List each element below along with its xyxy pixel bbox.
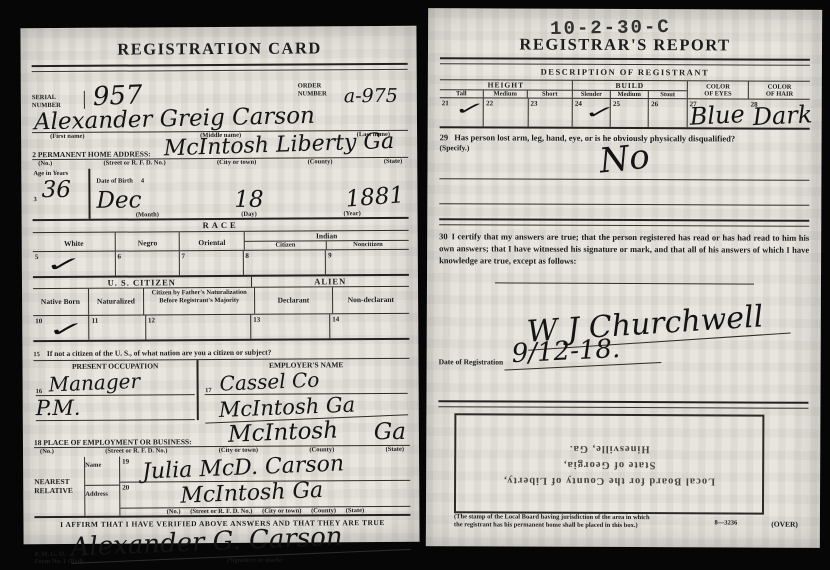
q15-text: If not a citizen of the U. S., of what n… [44,348,272,358]
sublabel-street: (Street or R. F. D. No.) [105,447,167,455]
checkmark-icon: ✓ [43,253,84,273]
occupation-employer-row: PRESENT OCCUPATION 16 Manager P.M. EMPLO… [33,359,409,421]
q30-text: I certify that my answers are true; that… [439,231,809,265]
q29-number: 29 [440,132,449,142]
col-declarant: Declarant [255,287,333,313]
relative-name-label: Name [85,456,119,486]
date-of-registration-label: Date of Registration [439,358,504,367]
race-cell-white: 5 ✓ [33,251,116,276]
race-cell-indian-noncitizen: 9 [326,249,409,274]
hair-color-value: Dark [752,100,813,131]
race-section: RACE White Negro Oriental Indian Citizen… [33,219,409,277]
employer-value: Cassel Co [211,368,320,396]
rule [439,218,809,227]
name-row: Alexander Greig Carson [32,104,408,133]
description-table: HEIGHT Tall Medium Short BUILD Slender M… [440,80,810,130]
date-stamp-code: 10-2-30-C [550,16,671,40]
affirmation-section: I AFFIRM THAT I HAVE VERIFIED ABOVE ANSW… [34,518,410,566]
checkmark-icon: ✓ [452,101,487,118]
q29-section: 29 Has person lost arm, leg, hand, eye, … [439,132,809,180]
race-cell-oriental: 7 [179,250,243,274]
occupation-value: Manager [42,369,140,397]
over-label: (OVER) [771,520,798,529]
sublabel-no: (No.) [38,160,52,168]
dob-cell: Date of Birth 4 Dec 18 1881 (Month) (Day… [90,167,408,219]
relative-values: 19 Julia McD. Carson 20 McIntosh Ga (No.… [120,454,410,515]
citizen-column-headers: Native Born Naturalized Citizen by Fathe… [33,287,409,316]
race-cell-indian-citizen: 8 [243,250,326,275]
col-short: Short [528,90,572,98]
relative-address-value: McIntosh Ga [120,477,324,510]
q30-number: 30 [439,231,452,241]
rule [438,401,808,410]
cell-naturalized: 11 [90,316,147,340]
sublabel-month: (Month) [97,211,199,219]
stamp-line-3: Hinesville, Ga. [456,440,762,457]
cell-medium-height: 22 [484,98,529,126]
description-column-headers: HEIGHT Tall Medium Short BUILD Slender M… [440,80,810,100]
age-cell: Age in Years 3 36 [32,169,90,220]
sublabel-city: (City or town) [217,159,256,167]
employment-value-2: Ga [374,419,410,445]
cell-native-born: 10 ✓ [33,316,90,340]
serial-number-label: SERIAL NUMBER [32,91,85,109]
scanned-document: REGISTRATION CARD SERIAL NUMBER 957 ORDE… [0,0,830,570]
date-of-registration-value: 9/12-18. [503,332,661,370]
stamp-line-1: Local Board for the County of Liberty, [456,472,762,489]
cell-short: 23 [528,99,573,127]
cell-non-declarant: 14 [330,314,409,338]
age-value: 36 [37,177,71,203]
cell-medium-build: 25 [611,99,649,127]
address-row: 2 PERMANENT HOME ADDRESS: McIntosh Liber… [32,138,408,160]
us-citizen-header: U. S. CITIZEN [33,276,252,288]
local-board-stamp: Local Board for the County of Liberty, S… [456,440,762,489]
form-number: 8—3236 [714,520,737,529]
employment-row: 18 PLACE OF EMPLOYMENT OR BUSINESS: McIn… [34,419,410,448]
employment-label: 18 PLACE OF EMPLOYMENT OR BUSINESS: [34,437,192,447]
eye-color-value: Blue [689,100,745,131]
checkmark-icon: ✓ [45,319,86,339]
col-slender: Slender [573,90,611,98]
race-answer-row: 5 ✓ 6 7 8 9 [33,249,409,277]
blank-ruled-line [439,179,809,206]
card-title: REGISTRATION CARD [32,38,408,60]
col-native-born: Native Born [33,289,89,315]
race-col-indian: Indian Citizen Noncitizen [245,231,409,249]
citizen-section: U. S. CITIZEN ALIEN Native Born Naturali… [33,275,409,342]
race-col-negro: Negro [116,232,181,250]
col-medium-height: Medium [484,90,528,98]
cell-hair-color: 28 Dark [749,100,810,128]
age-dob-row: Age in Years 3 36 Date of Birth 4 Dec 18… [32,167,408,222]
occupation-number: 16 [36,388,43,396]
citizen-answer-row: 10 ✓ 11 12 13 14 [33,314,409,342]
cell-father-naturalization: 12 [146,315,251,340]
relative-section: NEAREST RELATIVE Name Address 19 Julia M… [34,454,410,518]
alien-header: ALIEN [251,275,409,287]
cell-declarant: 13 [251,314,330,338]
cell-tall: 21 ✓ [440,98,485,126]
col-tall: Tall [440,90,484,98]
race-col-oriental: Oriental [180,232,245,250]
race-col-indian-citizen: Citizen [245,241,328,249]
col-naturalized: Naturalized [89,289,145,315]
race-col-white: White [33,233,116,251]
sublabel-county: (County) [308,159,333,167]
col-color-of-hair: COLOR OF HAIR [749,81,810,99]
description-answer-row: 21 ✓ 22 23 24 ✓ 25 26 27 Blue 28 Dark [440,98,810,130]
sublabel-city: (City or town) [219,447,258,455]
local-board-stamp-box: Local Board for the County of Liberty, S… [454,414,764,515]
col-father-naturalization: Citizen by Father's Naturalization Befor… [144,288,255,315]
sublabel-day: (Day) [198,210,300,218]
race-col-indian-noncitizen: Noncitizen [327,241,409,249]
registration-card-page: REGISTRATION CARD SERIAL NUMBER 957 ORDE… [20,26,419,544]
race-column-headers: White Negro Oriental Indian Citizen Nonc… [33,231,409,252]
occupation-cell: PRESENT OCCUPATION 16 Manager P.M. [33,360,199,421]
relative-field-labels: Name Address [85,456,120,516]
col-medium-build: Medium [611,91,649,99]
col-stout: Stout [649,91,687,99]
q15-row: 15 If not a citizen of the U. S., of wha… [33,340,409,361]
employer-cell: EMPLOYER'S NAME 17 Cassel Co McIntosh Ga [199,359,410,420]
build-group: BUILD Slender Medium Stout [573,80,688,98]
cell-stout: 26 [649,99,688,127]
cell-eye-color: 27 Blue [688,99,749,127]
dob-label: Date of Birth [96,177,133,184]
q30-section: 30I certify that my answers are true; th… [439,231,809,268]
relative-label: NEAREST RELATIVE [34,456,85,516]
dob-month: Dec [96,187,198,214]
sublabel-state: (State) [384,158,402,166]
cell-slender: 24 ✓ [573,99,611,127]
employer-number: 17 [205,387,212,395]
sublabel-no: (No.) [40,448,54,456]
occupation-value-2: P.M. [36,395,196,421]
col-color-of-eyes: COLOR OF EYES [688,81,750,99]
relative-address-label: Address [85,486,119,499]
dob-day: 18 [198,186,300,213]
sublabel-state: (State) [386,446,404,454]
race-cell-negro: 6 [116,251,180,275]
blank-ruled-line [494,267,753,285]
address-label: 2 PERMANENT HOME ADDRESS: [32,150,150,160]
col-non-declarant: Non-declarant [333,287,410,313]
stamp-line-2: State of Georgia, [456,456,762,473]
dob-item-no: 4 [137,177,144,184]
description-header: DESCRIPTION OF REGISTRANT [440,64,810,81]
registrar-signature-area: W J Churchwell Date of Registration 9/12… [439,306,809,369]
registrars-report-page: 10-2-30-C REGISTRAR'S REPORT DESCRIPTION… [426,8,822,548]
height-group: HEIGHT Tall Medium Short [440,80,573,98]
q15-number: 15 [33,351,40,358]
